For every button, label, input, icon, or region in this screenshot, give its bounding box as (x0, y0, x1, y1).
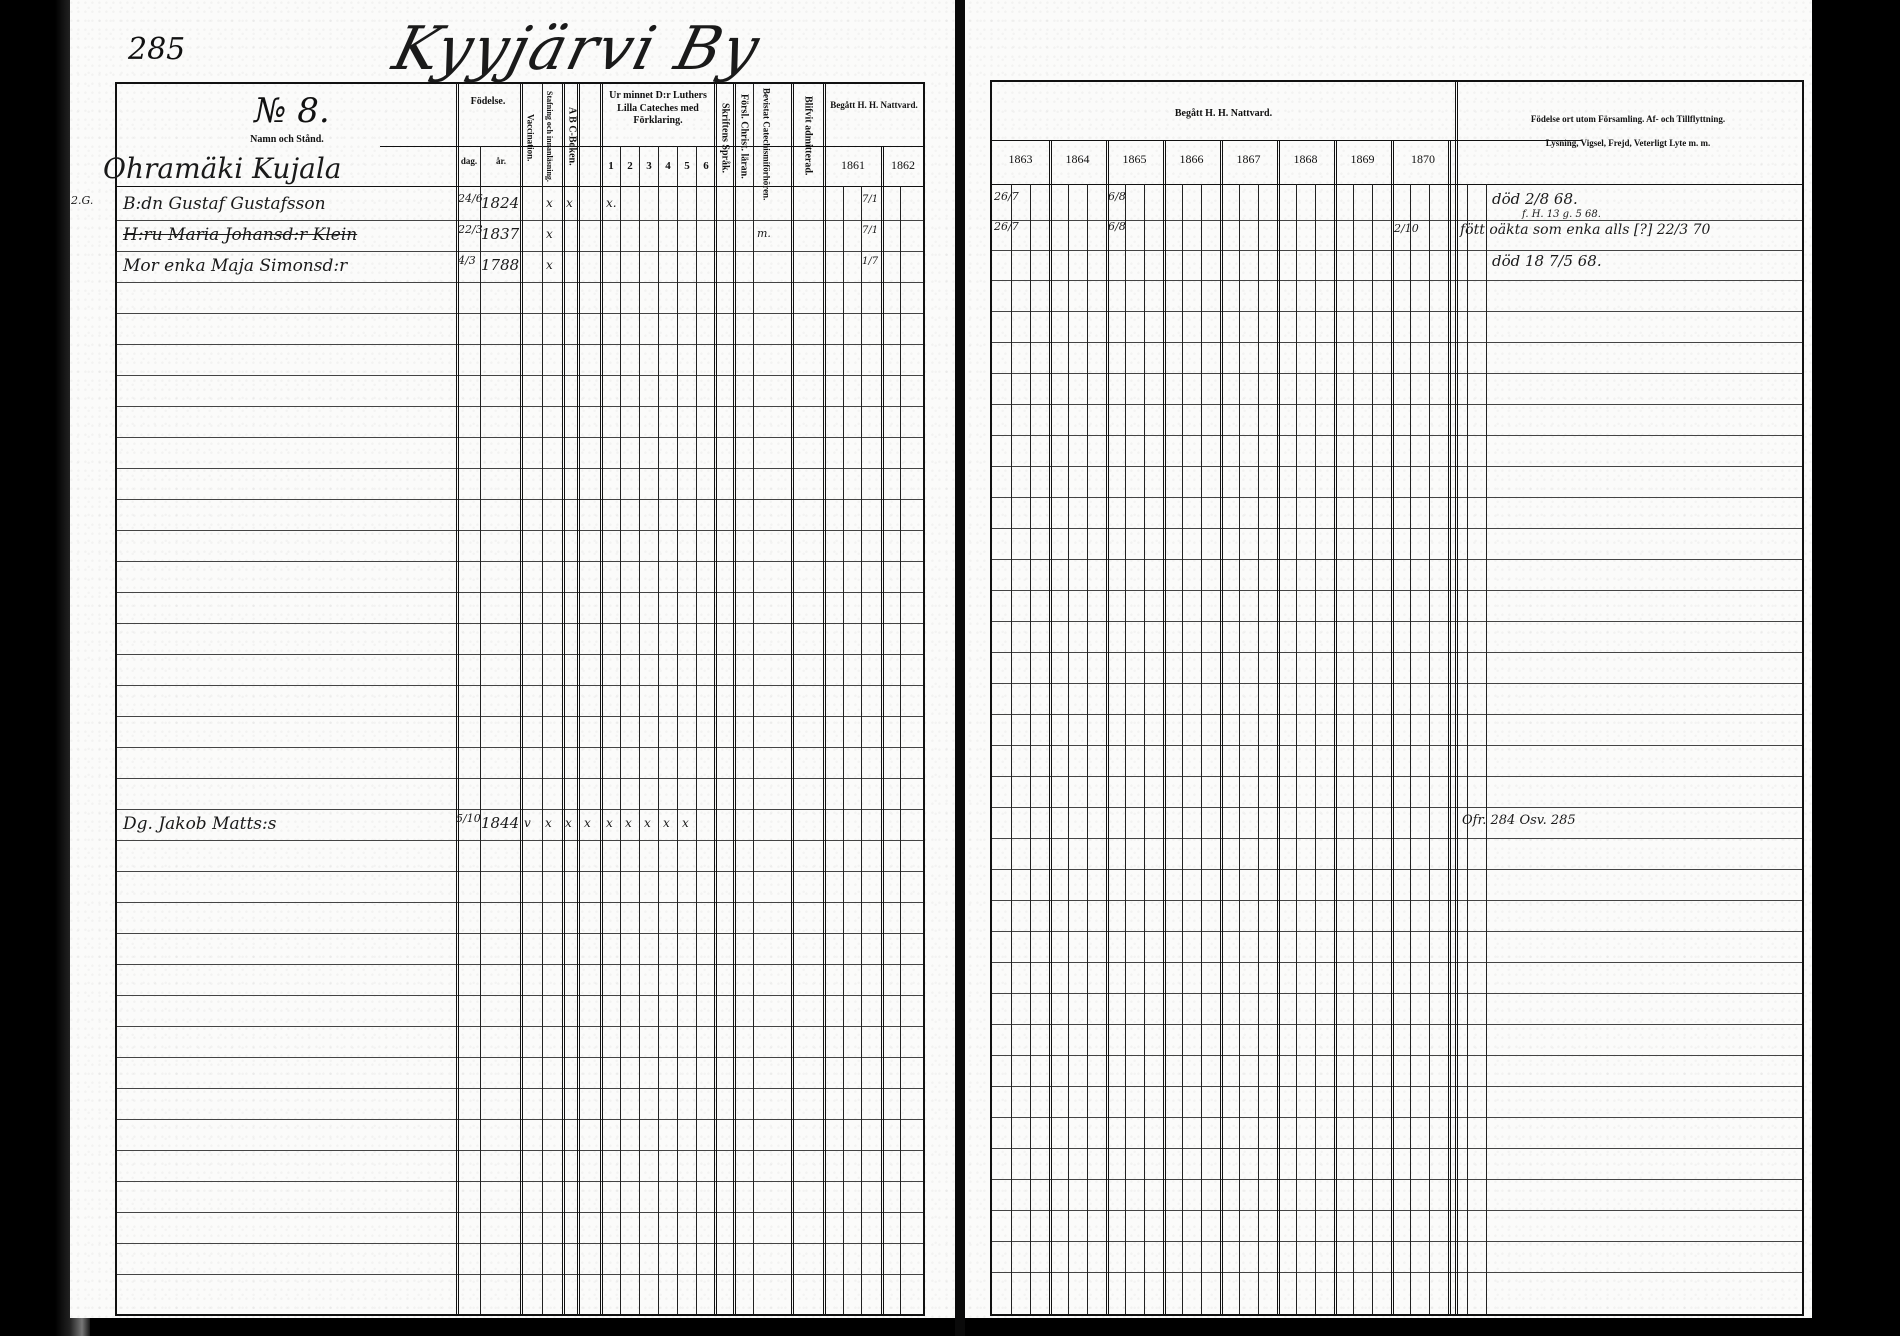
communion-header-right: Begått H. H. Nattvard. (992, 108, 1455, 121)
col-divider (1125, 184, 1126, 1314)
row-line (992, 931, 1802, 932)
communion-year-1866: 1866 (1163, 152, 1220, 167)
year-divider (1106, 140, 1109, 1314)
place-title: Kyyjärvi By (386, 14, 767, 84)
row-line (992, 1210, 1802, 1211)
row-line (992, 745, 1802, 746)
col-divider (1201, 184, 1202, 1314)
entry-4-mark-2: x (545, 816, 552, 830)
catechism-hearings-header: Bevistat Catechismiförhören. (760, 88, 771, 184)
col-divider (600, 84, 603, 1314)
col-divider (639, 146, 640, 1314)
row-line (992, 1024, 1802, 1025)
row-line (992, 683, 1802, 684)
entry-2-birth-day: 22/3 (458, 223, 483, 236)
row-line (992, 280, 1802, 281)
reading-header: Stafning och innanläsning. (544, 90, 554, 182)
remarks-divider (1455, 82, 1458, 1314)
year-divider (1334, 140, 1337, 1314)
birth-header: Födelse. (456, 96, 520, 109)
entry-2-communion-1870: 2/10 (1394, 222, 1419, 235)
row-line (992, 466, 1802, 467)
col-divider (714, 84, 717, 1314)
year-divider (1220, 140, 1223, 1314)
remarks-header-line2: Lysning, Vigsel, Frejd, Veterligt Lyte m… (1458, 138, 1798, 149)
row-line (992, 1272, 1802, 1273)
household-number: № 8. (217, 90, 367, 133)
entry-4-mark-6: x (625, 816, 632, 830)
entry-3-remarks: död 18 7/5 68. (1492, 252, 1602, 270)
entry-4-mark-9: x (682, 816, 689, 830)
col-divider (1258, 184, 1259, 1314)
catechism-part-6: 6 (697, 160, 715, 174)
row-line (992, 962, 1802, 963)
entry-3-birth-day: 4/3 (458, 254, 476, 267)
row-line (992, 342, 1802, 343)
col-divider (861, 186, 862, 1314)
book-binding (955, 0, 965, 1336)
entry-1-catechism-mark: x. (606, 196, 617, 210)
birth-day-header: dag. (458, 156, 480, 167)
col-divider (1372, 184, 1373, 1314)
col-divider (823, 84, 826, 1314)
row-line (992, 900, 1802, 901)
communion-year-1868: 1868 (1277, 152, 1334, 167)
entry-1-mark-abc: x (566, 196, 573, 210)
year-divider (1448, 140, 1451, 1314)
col-divider (1410, 184, 1411, 1314)
catechism-part-3: 3 (640, 160, 658, 174)
row-line (992, 404, 1802, 405)
entry-4-mark-4: x (584, 816, 591, 830)
entry-4-mark-1: v (524, 816, 531, 830)
entry-3-birth-year: 1788 (481, 256, 519, 274)
year-divider (1391, 140, 1394, 1314)
row-line (992, 1117, 1802, 1118)
entry-4-mark-3: x (565, 816, 572, 830)
communion-year-1862: 1862 (883, 158, 923, 173)
header-subdivider (380, 146, 923, 147)
entry-4-name: Dg. Jakob Matts:s (123, 814, 276, 834)
page-number: 285 (128, 32, 185, 67)
col-divider (1144, 184, 1145, 1314)
row-line (992, 838, 1802, 839)
col-divider (791, 84, 794, 1314)
row-line (992, 250, 1802, 251)
col-divider (1296, 184, 1297, 1314)
entry-2-margin-note: 2.G. (71, 194, 93, 207)
row-line (992, 1148, 1802, 1149)
entry-3-communion-1862: 1/7 (862, 256, 878, 267)
col-divider (1467, 184, 1468, 1314)
row-line (992, 652, 1802, 653)
row-line (992, 497, 1802, 498)
entry-2-remarks-above: f. H. 13 g. 5 68. (1522, 209, 1601, 220)
admitted-header: Blifvit admitterad. (801, 90, 814, 182)
col-divider (753, 84, 754, 1314)
header-bottom-line (992, 184, 1802, 185)
col-divider (1011, 184, 1012, 1314)
vaccination-header: Vaccination. (524, 92, 535, 184)
year-divider (1049, 140, 1052, 1314)
entry-3-mark-reading: x (546, 258, 553, 272)
col-divider (480, 146, 481, 1314)
communion-year-1864: 1864 (1049, 152, 1106, 167)
col-divider (1182, 184, 1183, 1314)
row-line (992, 1179, 1802, 1180)
communion-header-left: Begått H. H. Nattvard. (825, 100, 923, 111)
col-divider (881, 146, 884, 1314)
col-divider (658, 146, 659, 1314)
entry-1-communion-1863: 26/7 (994, 190, 1019, 203)
name-column-header: Namn och Stånd. (212, 134, 362, 147)
row-line (992, 714, 1802, 715)
row-line (992, 528, 1802, 529)
christ-teaching-header: Försl. Christ. läran. (737, 88, 750, 184)
year-divider (1277, 140, 1280, 1314)
row-line (992, 776, 1802, 777)
col-divider (577, 84, 580, 1314)
communion-year-1861: 1861 (825, 158, 881, 173)
row-line (992, 993, 1802, 994)
entry-2-birth-year: 1837 (481, 225, 519, 243)
col-divider (520, 84, 523, 1314)
right-register-grid: Begått H. H. Nattvard. 1863 1864 1865 18… (990, 80, 1804, 1316)
col-divider (562, 84, 565, 1314)
communion-year-1869: 1869 (1334, 152, 1391, 167)
col-divider (900, 186, 901, 1314)
entry-2-communion-1862: 7/1 (862, 225, 878, 236)
row-line (992, 311, 1802, 312)
row-line (992, 807, 1802, 808)
row-line (992, 1055, 1802, 1056)
entry-4-birth-year: 1844 (481, 814, 519, 832)
catechism-header: Ur minnet D:r Luthers Lilla Cateches med… (602, 90, 714, 128)
col-divider (1239, 184, 1240, 1314)
col-divider (733, 84, 736, 1314)
row-line (992, 869, 1802, 870)
col-divider (1030, 184, 1031, 1314)
col-divider (1486, 184, 1487, 1314)
entry-4-remarks: Ofr. 284 Osv. 285 (1462, 813, 1576, 828)
entry-1-mark-reading: x (546, 196, 553, 210)
communion-year-1867: 1867 (1220, 152, 1277, 167)
year-divider (1163, 140, 1166, 1314)
row-line (992, 1086, 1802, 1087)
col-divider (1353, 184, 1354, 1314)
abc-book-header: A B C-Boken. (565, 90, 578, 182)
catechism-part-4: 4 (659, 160, 677, 174)
entry-1-birth-day: 24/6 (458, 192, 483, 205)
entry-4-mark-5: x (606, 816, 613, 830)
communion-year-1863: 1863 (992, 152, 1049, 167)
col-divider (1087, 184, 1088, 1314)
entry-1-communion-1865: 6/8 (1108, 190, 1126, 203)
entry-2-catechism-hearing-mark: m. (757, 227, 771, 240)
entry-1-name: B:dn Gustaf Gustafsson (123, 194, 326, 214)
catechism-part-1: 1 (602, 160, 620, 174)
col-divider (1315, 184, 1316, 1314)
entry-4-mark-7: x (644, 816, 651, 830)
col-divider (620, 146, 621, 1314)
entry-1-remarks: död 2/8 68. (1492, 190, 1578, 208)
birth-year-header: år. (482, 156, 520, 167)
entry-2-mark-reading: x (546, 227, 553, 241)
row-line (992, 621, 1802, 622)
entry-2-name: H:ru Maria Johansd:r Klein (123, 225, 357, 245)
left-register-grid: № 8. Namn och Stånd. Ohramäki Kujala Föd… (115, 82, 925, 1316)
entry-2-communion-1863: 26/7 (994, 220, 1019, 233)
entry-3-name: Mor enka Maja Simonsd:r (123, 256, 347, 276)
col-divider (696, 146, 697, 1314)
col-divider (1429, 184, 1430, 1314)
row-line (992, 1241, 1802, 1242)
col-divider (677, 146, 678, 1314)
col-divider (542, 84, 543, 1314)
row-line (992, 435, 1802, 436)
scripture-header: Skriftens Språk. (718, 92, 731, 184)
household-name: Ohramäki Kujala (103, 152, 342, 185)
row-line (992, 373, 1802, 374)
entry-4-birth-day: 5/10 (456, 812, 481, 825)
communion-year-1870: 1870 (1391, 152, 1455, 167)
entry-2-remarks: fött oäkta som enka alls [?] 22/3 70 (1460, 222, 1710, 238)
col-divider (843, 186, 844, 1314)
entry-1-birth-year: 1824 (481, 194, 519, 212)
row-line (992, 559, 1802, 560)
remarks-header-line1: Födelse ort utom Församling. Af- och Til… (1458, 114, 1798, 125)
catechism-part-5: 5 (678, 160, 696, 174)
catechism-part-2: 2 (621, 160, 639, 174)
entry-4-mark-8: x (663, 816, 670, 830)
communion-year-1865: 1865 (1106, 152, 1163, 167)
row-line (992, 590, 1802, 591)
col-divider (1068, 184, 1069, 1314)
col-divider-name (456, 84, 459, 1314)
entry-2-communion-1865: 6/8 (1108, 220, 1126, 233)
entry-1-communion-1862: 7/1 (862, 194, 878, 205)
